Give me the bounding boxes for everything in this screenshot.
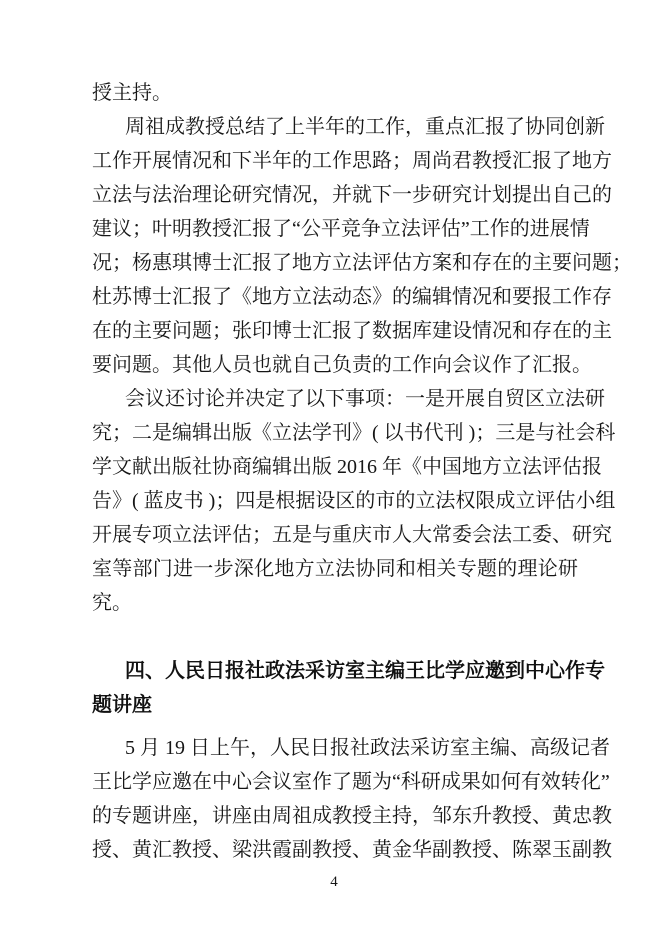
body-text-line: 室等部门进一步深化地方立法协同和相关专题的理论研 <box>92 552 578 586</box>
body-text-line: 学文献出版社协商编辑出版 2016 年《中国地方立法评估报 <box>92 450 578 484</box>
body-text-line: 王比学应邀在中心会议室作了题为“科研成果如何有效转化” <box>92 765 578 799</box>
body-text-line: 在的主要问题；张印博士汇报了数据库建设情况和存在的主 <box>92 314 578 348</box>
section-heading-line: 题讲座 <box>92 688 578 722</box>
body-text-line: 究；二是编辑出版《立法学刊》( 以书代刊 )；三是与社会科 <box>92 416 578 450</box>
body-text-line: 周祖成教授总结了上半年的工作，重点汇报了协同创新 <box>92 110 578 144</box>
body-text-line: 授、黄汇教授、梁洪霞副教授、黄金华副教授、陈翠玉副教 <box>92 833 578 867</box>
body-text-line: 究。 <box>92 586 578 620</box>
body-text-line: 立法与法治理论研究情况，并就下一步研究计划提出自己的 <box>92 178 578 212</box>
document-page: 授主持。 周祖成教授总结了上半年的工作，重点汇报了协同创新 工作开展情况和下半年… <box>0 0 668 944</box>
body-text-line: 开展专项立法评估；五是与重庆市人大常委会法工委、研究 <box>92 518 578 552</box>
body-text-line: 工作开展情况和下半年的工作思路；周尚君教授汇报了地方 <box>92 144 578 178</box>
section-heading-line: 四、人民日报社政法采访室主编王比学应邀到中心作专 <box>92 654 578 688</box>
body-text-line: 建议；叶明教授汇报了“公平竞争立法评估”工作的进展情 <box>92 212 578 246</box>
body-text-line: 告》( 蓝皮书 )；四是根据设区的市的立法权限成立评估小组 <box>92 484 578 518</box>
body-text-line: 授主持。 <box>92 76 578 110</box>
body-text-line: 会议还讨论并决定了以下事项：一是开展自贸区立法研 <box>92 382 578 416</box>
body-text-line: 杜苏博士汇报了《地方立法动态》的编辑情况和要报工作存 <box>92 280 578 314</box>
body-text-line: 5 月 19 日上午，人民日报社政法采访室主编、高级记者 <box>92 731 578 765</box>
blank-line <box>92 620 578 654</box>
paragraph-gap <box>92 722 578 731</box>
page-number: 4 <box>0 872 668 892</box>
body-text-line: 要问题。其他人员也就自己负责的工作向会议作了汇报。 <box>92 348 578 382</box>
body-text-line: 况；杨惠琪博士汇报了地方立法评估方案和存在的主要问题； <box>92 246 578 280</box>
body-text-line: 的专题讲座，讲座由周祖成教授主持，邹东升教授、黄忠教 <box>92 799 578 833</box>
document-text-block: 授主持。 周祖成教授总结了上半年的工作，重点汇报了协同创新 工作开展情况和下半年… <box>92 76 578 867</box>
